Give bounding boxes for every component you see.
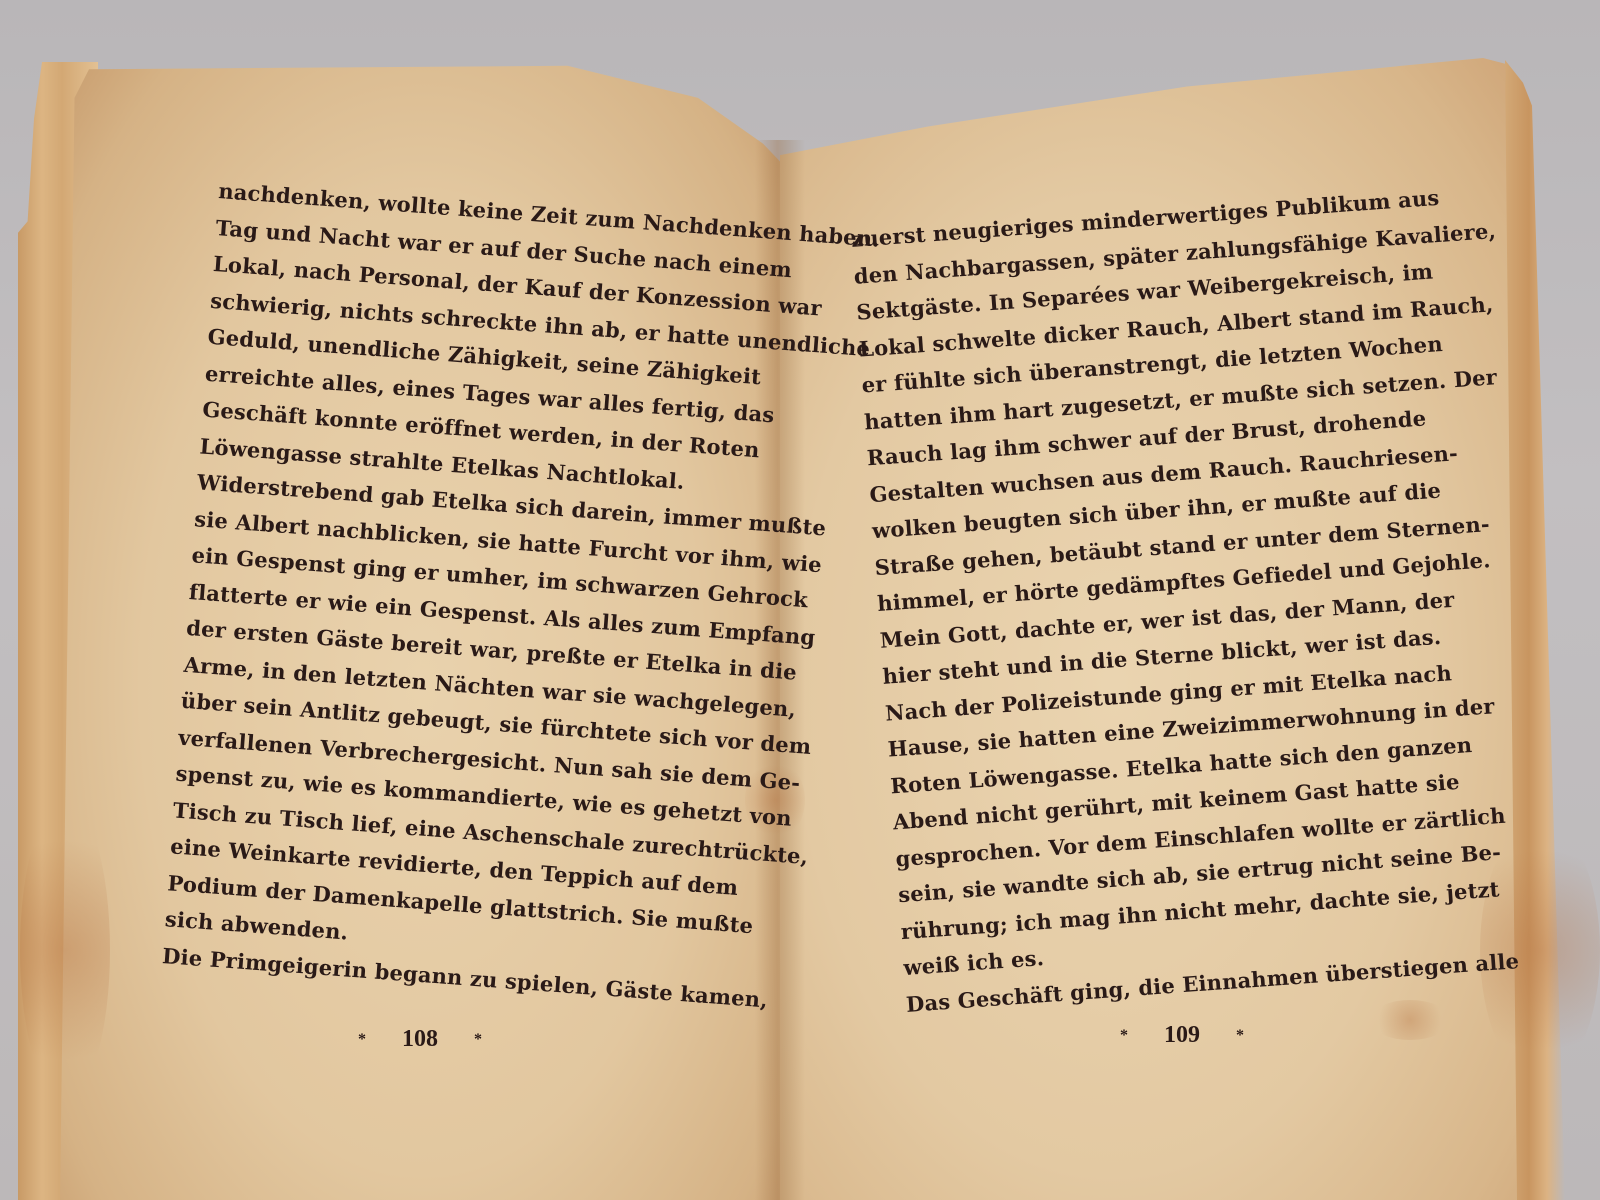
paper-stain (1370, 1000, 1450, 1040)
page-number-value: 108 (402, 1026, 438, 1052)
ornament-star: * (1120, 1027, 1128, 1044)
page-number-right: *109* (1102, 1022, 1262, 1049)
left-page-text: nachdenken, wollte keine Zeit zum Nachde… (91, 168, 708, 1010)
page-number-value: 109 (1164, 1022, 1200, 1048)
ornament-star: * (1236, 1027, 1244, 1044)
ornament-star: * (358, 1031, 366, 1048)
ornament-star: * (474, 1031, 482, 1048)
open-book: nachdenken, wollte keine Zeit zum Nachde… (0, 0, 1600, 1200)
page-number-left: *108* (340, 1026, 500, 1053)
right-page-text: zuerst neugieriges minderwertiges Publik… (850, 182, 1466, 1023)
